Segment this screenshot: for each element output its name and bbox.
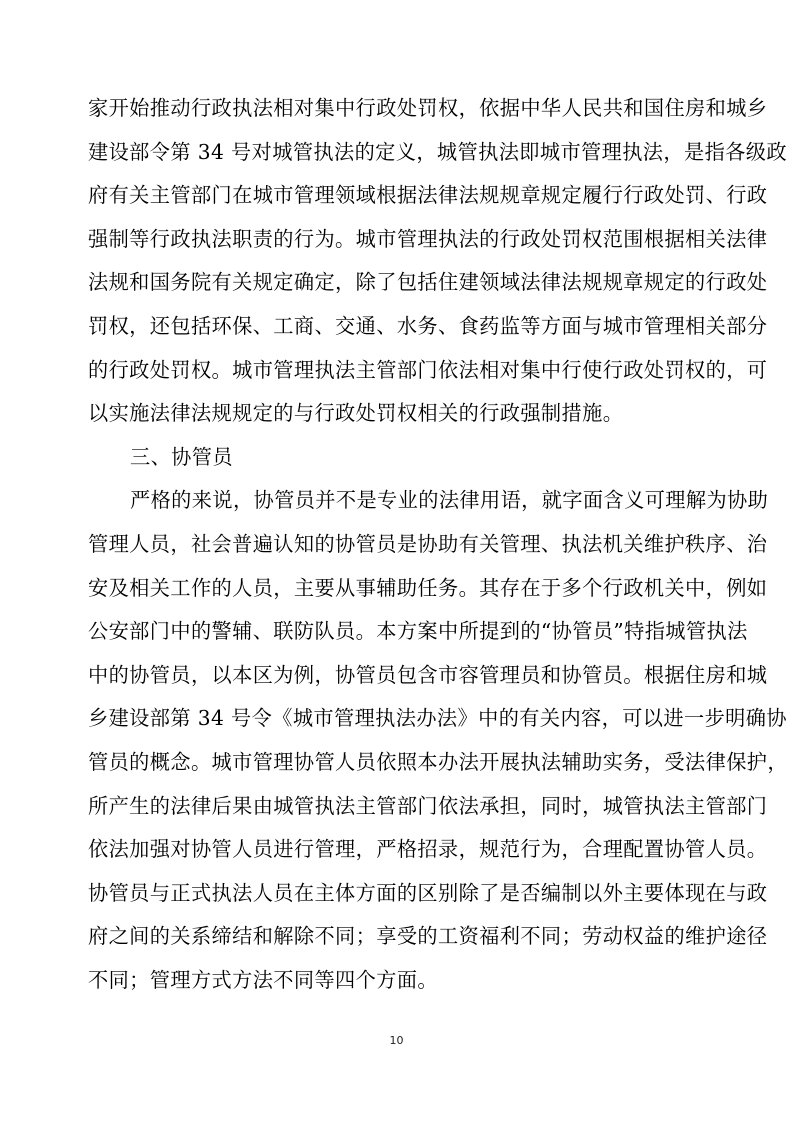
- text-line: 府有关主管部门在城市管理领域根据法律法规规章规定履行行政处罚、行政: [88, 174, 708, 218]
- text-line: 的行政处罚权。城市管理执法主管部门依法相对集中行使行政处罚权的，可: [88, 349, 708, 393]
- text-line: 严格的来说，协管员并不是专业的法律用语，就字面含义可理解为协助: [88, 479, 708, 523]
- text-line: 建设部令第 34 号对城管执法的定义，城管执法即城市管理执法，是指各级政: [88, 131, 708, 175]
- text-line: 府之间的关系缔结和解除不同；享受的工资福利不同；劳动权益的维护途径: [88, 915, 708, 959]
- paragraph-assistant-definition: 严格的来说，协管员并不是专业的法律用语，就字面含义可理解为协助 管理人员，社会普…: [88, 479, 708, 1002]
- text-line: 安及相关工作的人员，主要从事辅助任务。其存在于多个行政机关中，例如: [88, 567, 708, 611]
- text-line: 法规和国务院有关规定确定，除了包括住建领域法律法规规章规定的行政处: [88, 261, 708, 305]
- text-line: 强制等行政执法职责的行为。城市管理执法的行政处罚权范围根据相关法律: [88, 218, 708, 262]
- text-line: 家开始推动行政执法相对集中行政处罚权，依据中华人民共和国住房和城乡: [88, 87, 708, 131]
- paragraph-enforcement-definition: 家开始推动行政执法相对集中行政处罚权，依据中华人民共和国住房和城乡 建设部令第 …: [88, 87, 708, 436]
- text-line: 不同；管理方式方法不同等四个方面。: [88, 959, 708, 1003]
- page-number: 10: [0, 1034, 793, 1047]
- text-line: 依法加强对协管人员进行管理，严格招录，规范行为，合理配置协管人员。: [88, 828, 708, 872]
- text-line: 乡建设部第 34 号令《城市管理执法办法》中的有关内容，可以进一步明确协: [88, 697, 708, 741]
- document-page: 家开始推动行政执法相对集中行政处罚权，依据中华人民共和国住房和城乡 建设部令第 …: [0, 0, 793, 1122]
- text-line: 罚权，还包括环保、工商、交通、水务、食药监等方面与城市管理相关部分: [88, 305, 708, 349]
- text-line: 协管员与正式执法人员在主体方面的区别除了是否编制以外主要体现在与政: [88, 872, 708, 916]
- text-line: 所产生的法律后果由城管执法主管部门依法承担，同时，城管执法主管部门: [88, 785, 708, 829]
- text-line: 公安部门中的警辅、联防队员。本方案中所提到的“协管员”特指城管执法: [88, 610, 708, 654]
- text-line: 管理人员，社会普遍认知的协管员是协助有关管理、执法机关维护秩序、治: [88, 523, 708, 567]
- text-line: 管员的概念。城市管理协管人员依照本办法开展执法辅助实务，受法律保护，: [88, 741, 708, 785]
- body-text: 家开始推动行政执法相对集中行政处罚权，依据中华人民共和国住房和城乡 建设部令第 …: [88, 87, 708, 1002]
- section-heading: 三、协管员: [88, 436, 708, 480]
- section-heading-text: 三、协管员: [88, 436, 708, 480]
- text-line: 以实施法律法规规定的与行政处罚权相关的行政强制措施。: [88, 392, 708, 436]
- text-line: 中的协管员，以本区为例，协管员包含市容管理员和协管员。根据住房和城: [88, 654, 708, 698]
